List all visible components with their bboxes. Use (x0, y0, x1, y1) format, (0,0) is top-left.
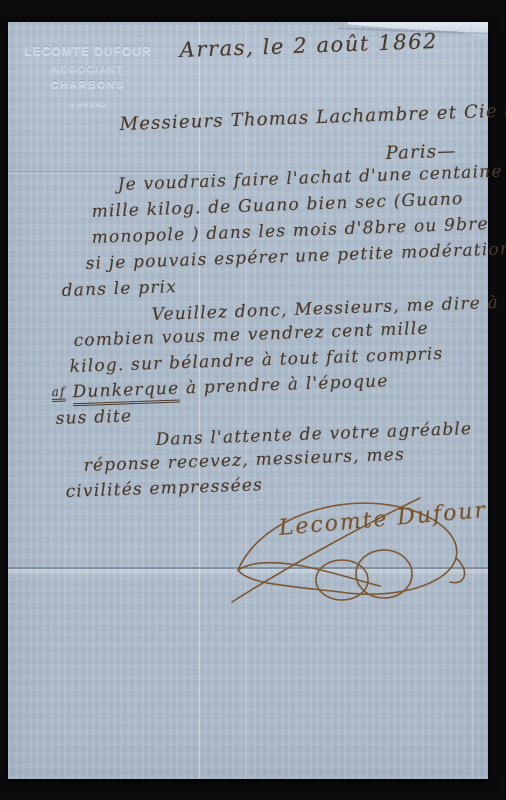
letterhead-city: A ARRAS (22, 101, 154, 108)
vertical-fold-line-2 (244, 22, 247, 779)
body-line-susdite: sus dite (55, 406, 132, 429)
vertical-fold-line-1 (198, 22, 201, 779)
body-line-6: Veuillez donc, Messieurs, me dire à (151, 293, 499, 325)
recipient-line: Messieurs Thomas Lachambre et Cie à (119, 100, 506, 135)
scanned-letter-photo: LECOMTE DUFOUR NÉGOCIANT CHARBONS A ARRA… (0, 0, 506, 800)
dunkerque-suffix: à prendre à l'époque (179, 371, 389, 398)
letterhead-trade: NÉGOCIANT (22, 64, 154, 74)
letterhead-goods: CHARBONS (22, 80, 154, 91)
letter-paper: LECOMTE DUFOUR NÉGOCIANT CHARBONS A ARRA… (8, 22, 488, 779)
dunkerque-prefix: af (51, 385, 66, 402)
body-line-5: dans le prix (61, 277, 177, 301)
dateline: Arras, le 2 août 1862 (179, 29, 438, 62)
closing-line-1: Dans l'attente de votre agréable (155, 419, 472, 450)
letterhead-name: LECOMTE DUFOUR (22, 44, 154, 58)
dunkerque-underlined: Dunkerque (72, 379, 179, 407)
vertical-fold-line-3 (471, 22, 474, 779)
body-line-dunkerque: afDunkerque à prendre à l'époque (51, 371, 389, 403)
embossed-letterhead: LECOMTE DUFOUR NÉGOCIANT CHARBONS A ARRA… (22, 44, 154, 108)
recipient-city: Paris— (385, 141, 457, 164)
